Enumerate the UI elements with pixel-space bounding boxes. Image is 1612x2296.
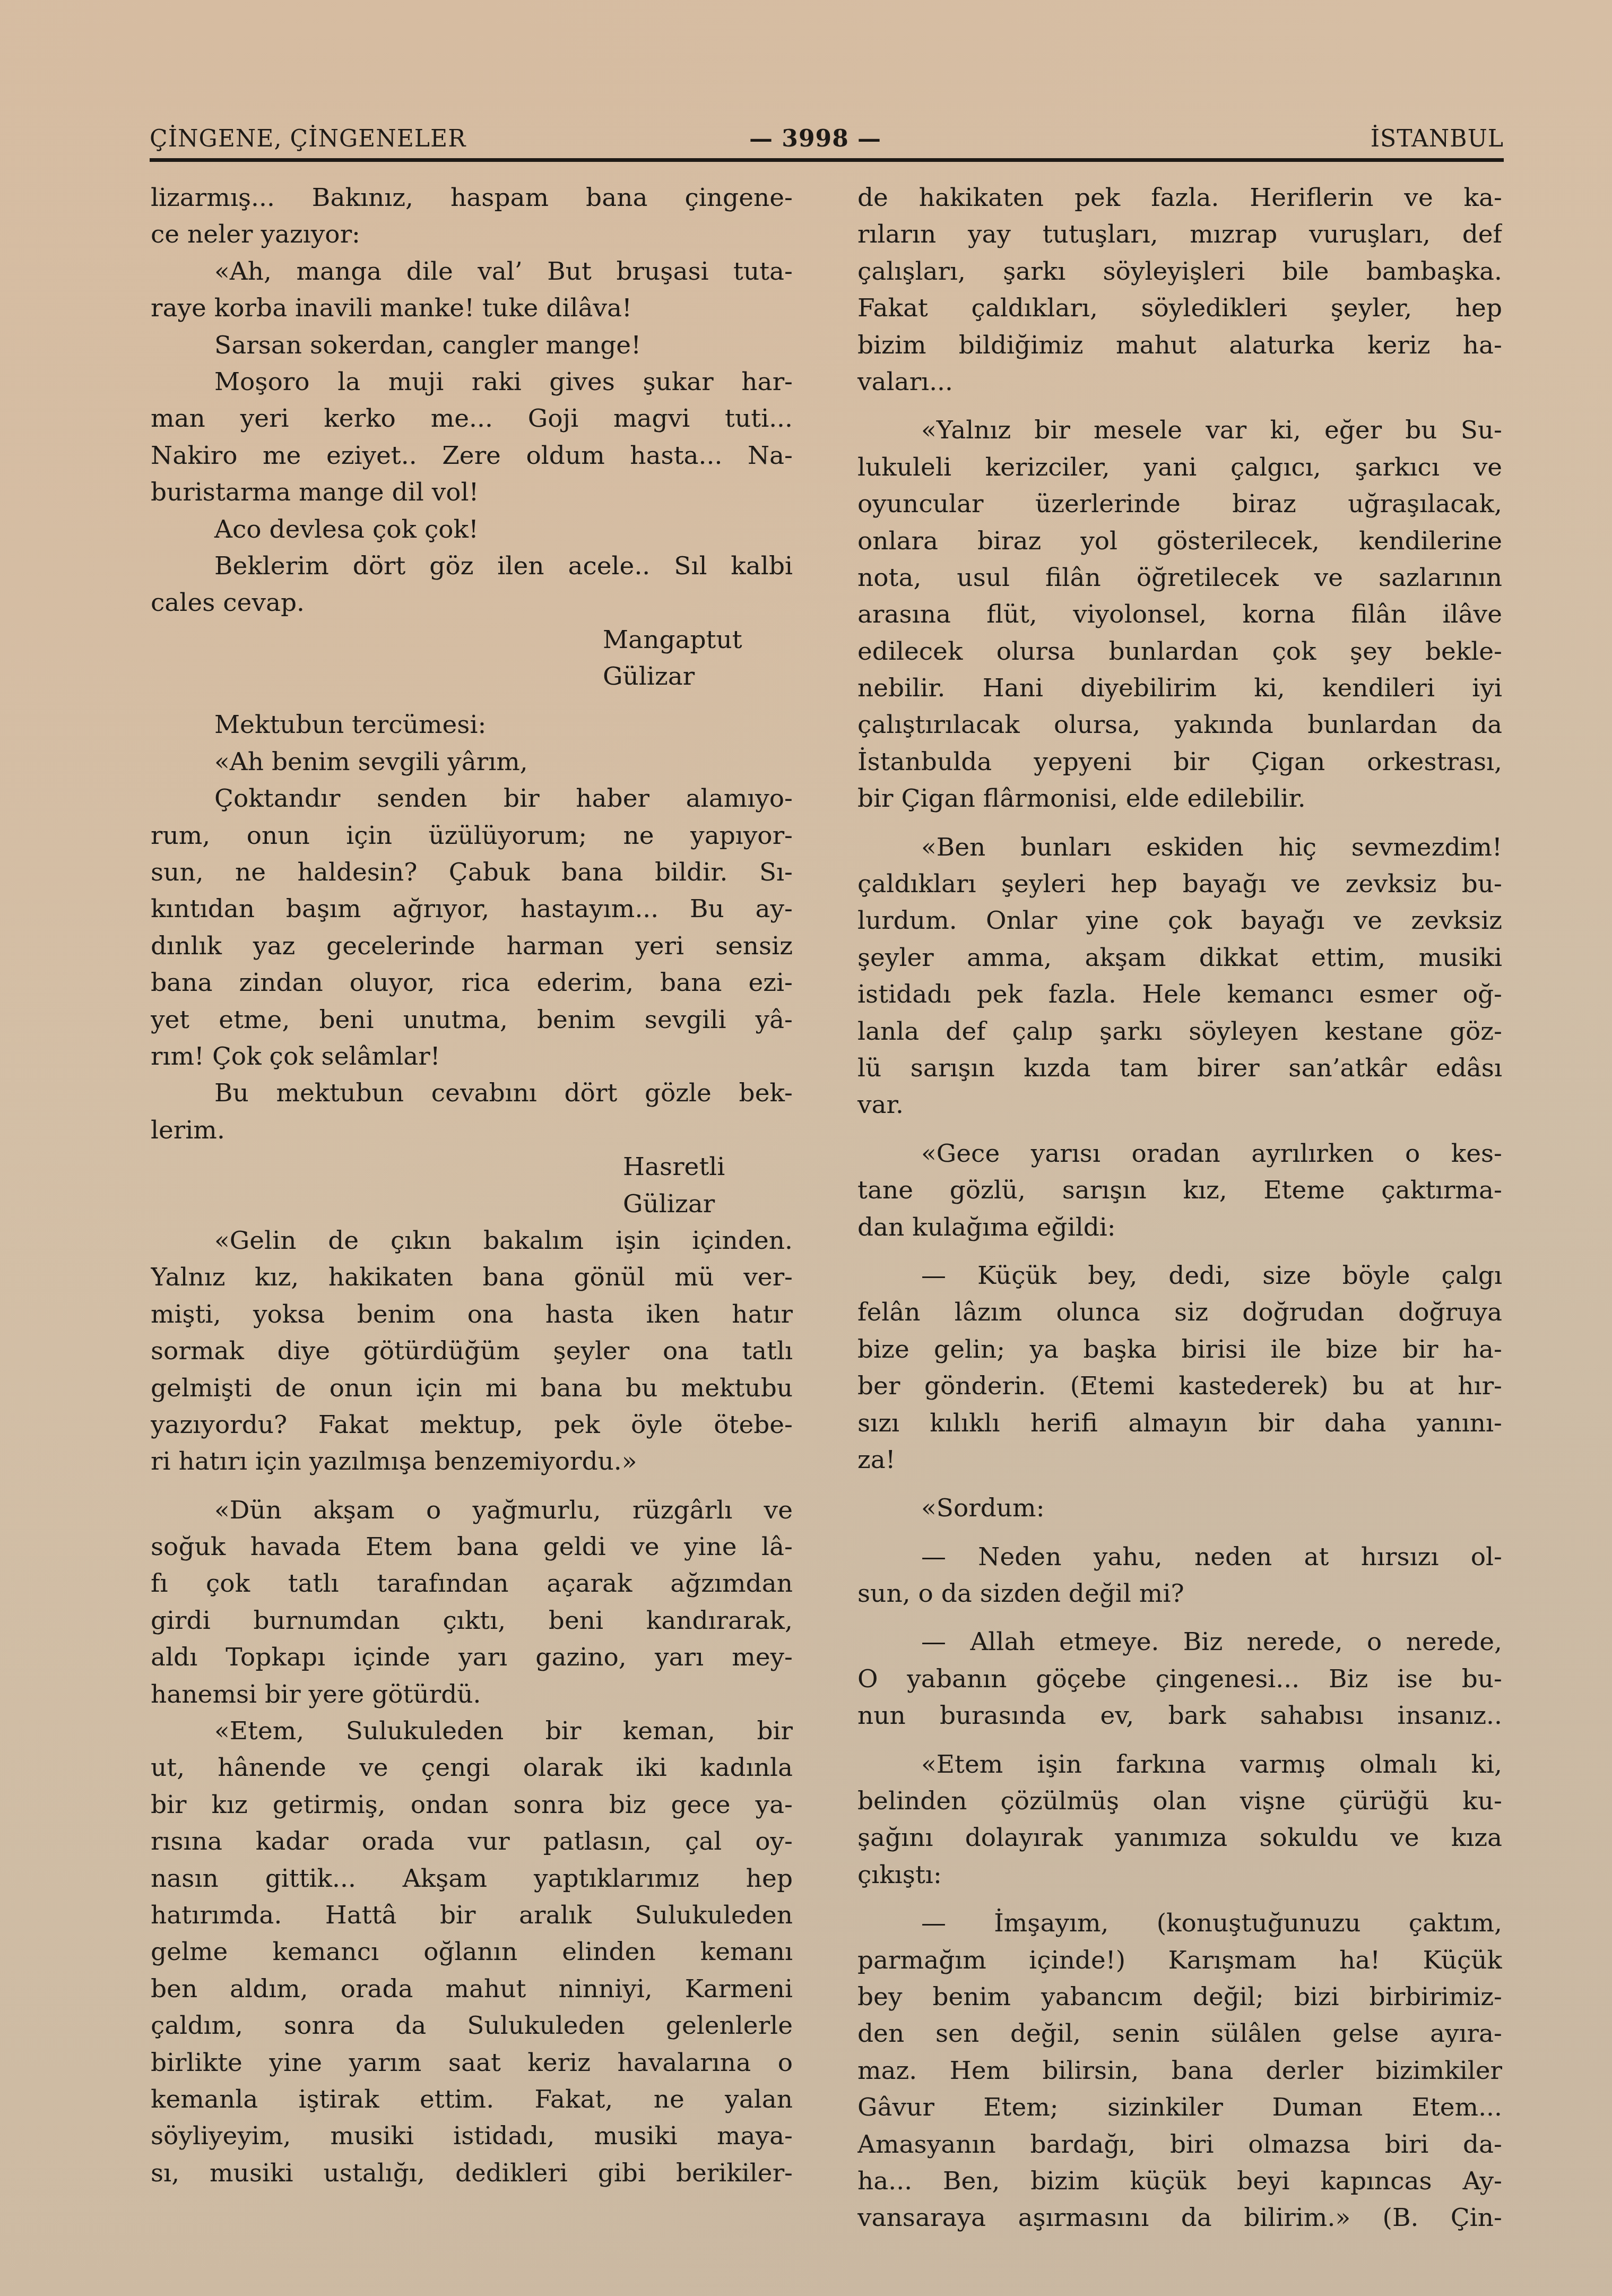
text-line: sun, o da sizden değil mi?	[857, 1575, 1502, 1612]
text-line: nota, usul filân öğretilecek ve sazların…	[857, 559, 1502, 596]
text-line: Mangaptut	[151, 622, 793, 658]
text-line: Gülizar	[151, 658, 793, 695]
text-line: yazıyordu? Fakat mektup, pek öyle ötebe-	[151, 1406, 793, 1443]
text-line: mişti, yoksa benim ona hasta iken hatır	[151, 1296, 793, 1333]
text-line: de hakikaten pek fazla. Heriflerin ve ka…	[857, 179, 1502, 216]
text-line: O yabanın göçebe çingenesi... Biz ise bu…	[857, 1661, 1502, 1697]
text-line: «Gelin de çıkın bakalım işin içinden.	[151, 1222, 793, 1259]
text-line: edilecek olursa bunlardan çok şey bekle-	[857, 633, 1502, 670]
text-line: gelme kemancı oğlanın elinden kemanı	[151, 1934, 793, 1970]
text-line: çaldıkları şeyleri hep bayağı ve zevksiz…	[857, 866, 1502, 902]
paragraph-spacing	[857, 1124, 1502, 1135]
text-line: «Ah, manga dile val’ But bruşasi tuta-	[151, 253, 793, 290]
text-line: nun burasında ev, bark sahabısı insanız.…	[857, 1697, 1502, 1734]
page-number: — 3998 —	[749, 125, 881, 152]
text-line: bey benim yabancım değil; bizi birbirimi…	[857, 1979, 1502, 2015]
text-line: kemanla iştirak ettim. Fakat, ne yalan	[151, 2081, 793, 2118]
text-line: «Yalnız bir mesele var ki, eğer bu Su-	[857, 412, 1502, 448]
text-line: cales cevap.	[151, 584, 793, 621]
paragraph-spacing	[857, 1246, 1502, 1257]
text-line: raye korba inavili manke! tuke dilâva!	[151, 290, 793, 326]
text-line: sormak diye götürdüğüm şeyler ona tatlı	[151, 1333, 793, 1369]
text-line: sun, ne haldesin? Çabuk bana bildir. Sı-	[151, 854, 793, 891]
text-line: söyliyeyim, musiki istidadı, musiki maya…	[151, 2118, 793, 2154]
text-line: kıntıdan başım ağrıyor, hastayım... Bu a…	[151, 891, 793, 927]
paragraph-spacing	[857, 400, 1502, 412]
text-line: ben aldım, orada mahut ninniyi, Karmeni	[151, 1971, 793, 2007]
text-line: lü sarışın kızda tam birer san’atkâr edâ…	[857, 1050, 1502, 1086]
text-line: çalıştırılacak olursa, yakında bunlardan…	[857, 706, 1502, 743]
text-line: ce neler yazıyor:	[151, 216, 793, 253]
text-line: rum, onun için üzülüyorum; ne yapıyor-	[151, 817, 793, 854]
text-line: lanla def çalıp şarkı söyleyen kestane g…	[857, 1013, 1502, 1050]
text-line: gelmişti de onun için mi bana bu mektubu	[151, 1370, 793, 1406]
paragraph-spacing	[857, 1612, 1502, 1624]
paragraph-spacing	[857, 1478, 1502, 1490]
text-line: bir kız getirmiş, ondan sonra biz gece y…	[151, 1786, 793, 1823]
text-line: bir Çigan flârmonisi, elde edilebilir.	[857, 780, 1502, 817]
encyclopedia-page: ÇİNGENE, ÇİNGENELER — 3998 — İSTANBUL li…	[0, 0, 1612, 2296]
text-line: parmağım içinde!) Karışmam ha! Küçük	[857, 1942, 1502, 1979]
text-line: «Etem işin farkına varmış olmalı ki,	[857, 1746, 1502, 1783]
text-line: dan kulağıma eğildi:	[857, 1209, 1502, 1246]
text-line: lukuleli kerizciler, yani çalgıcı, şarkı…	[857, 449, 1502, 486]
text-line: lerim.	[151, 1112, 793, 1149]
text-line: belinden çözülmüş olan vişne çürüğü ku-	[857, 1783, 1502, 1819]
text-line: ha... Ben, bizim küçük beyi kapıncas Ay-	[857, 2163, 1502, 2199]
text-line: Moşoro la muji raki gives şukar har-	[151, 364, 793, 400]
text-line: çalışları, şarkı söyleyişleri bile bamba…	[857, 253, 1502, 290]
text-line: rım! Çok çok selâmlar!	[151, 1038, 793, 1075]
text-line: Hasretli	[151, 1149, 793, 1185]
paragraph-spacing	[151, 695, 793, 706]
text-line: sızı kılıklı herifi almayın bir daha yan…	[857, 1405, 1502, 1442]
text-line: ut, hânende ve çengi olarak iki kadınla	[151, 1749, 793, 1786]
text-line: — Allah etmeye. Biz nerede, o nerede,	[857, 1624, 1502, 1660]
paragraph-spacing	[857, 1527, 1502, 1539]
text-line: Gülizar	[151, 1186, 793, 1222]
text-line: fı çok tatlı tarafından açarak ağzımdan	[151, 1565, 793, 1602]
text-line: — İmşayım, (konuştuğunuzu çaktım,	[857, 1905, 1502, 1941]
left-text-column: lizarmış... Bakınız, haspam bana çingene…	[151, 179, 793, 2191]
running-header: ÇİNGENE, ÇİNGENELER — 3998 — İSTANBUL	[150, 125, 1504, 157]
text-line: nebilir. Hani diyebilirim ki, kendileri …	[857, 670, 1502, 706]
text-line: «Gece yarısı oradan ayrılırken o kes-	[857, 1135, 1502, 1172]
header-entry-title: ÇİNGENE, ÇİNGENELER	[150, 125, 466, 152]
text-line: Çoktandır senden bir haber alamıyo-	[151, 780, 793, 817]
text-line: bize gelin; ya başka birisi ile bize bir…	[857, 1331, 1502, 1368]
text-line: rısına kadar orada vur patlasın, çal oy-	[151, 1823, 793, 1860]
text-line: şağını dolayırak yanımıza sokuldu ve kız…	[857, 1819, 1502, 1856]
text-line: Nakiro me eziyet.. Zere oldum hasta... N…	[151, 437, 793, 474]
text-line: lizarmış... Bakınız, haspam bana çingene…	[151, 179, 793, 216]
paragraph-spacing	[151, 1480, 793, 1492]
text-line: Bu mektubun cevabını dört gözle bek-	[151, 1075, 793, 1111]
text-line: arasına flüt, viyolonsel, korna filân il…	[857, 596, 1502, 633]
text-line: yet etme, beni unutma, benim sevgili yâ-	[151, 1002, 793, 1038]
text-line: bana zindan oluyor, rica ederim, bana ez…	[151, 964, 793, 1001]
text-line: vaları...	[857, 364, 1502, 400]
text-line: oyuncular üzerlerinde biraz uğraşılacak,	[857, 486, 1502, 522]
text-line: Aco devlesa çok çok!	[151, 511, 793, 548]
text-line: dınlık yaz gecelerinde harman yeri sensi…	[151, 928, 793, 964]
text-line: çaldım, sonra da Sulukuleden gelenlerle	[151, 2007, 793, 2044]
text-line: onlara biraz yol gösterilecek, kendileri…	[857, 523, 1502, 559]
text-line: Sarsan sokerdan, cangler mange!	[151, 327, 793, 364]
text-line: hanemsi bir yere götürdü.	[151, 1676, 793, 1713]
paragraph-spacing	[857, 1893, 1502, 1905]
text-line: tane gözlü, sarışın kız, Eteme çaktırma-	[857, 1172, 1502, 1209]
text-line: den sen değil, senin sülâlen gelse ayıra…	[857, 2015, 1502, 2052]
text-line: «Ah benim sevgili yârım,	[151, 744, 793, 780]
text-line: felân lâzım olunca siz doğrudan doğruya	[857, 1294, 1502, 1331]
text-line: Gâvur Etem; sizinkiler Duman Etem...	[857, 2089, 1502, 2126]
header-rule	[150, 158, 1504, 162]
text-line: «Ben bunları eskiden hiç sevmezdim!	[857, 829, 1502, 866]
text-line: Mektubun tercümesi:	[151, 706, 793, 743]
text-line: istidadı pek fazla. Hele kemancı esmer o…	[857, 976, 1502, 1013]
text-line: buristarma mange dil vol!	[151, 474, 793, 511]
text-line: bizim bildiğimiz mahut alaturka keriz ha…	[857, 327, 1502, 364]
text-line: soğuk havada Etem bana geldi ve yine lâ-	[151, 1529, 793, 1565]
text-line: ri hatırı için yazılmışa benzemiyordu.»	[151, 1443, 793, 1480]
text-line: — Neden yahu, neden at hırsızı ol-	[857, 1539, 1502, 1575]
text-line: var.	[857, 1086, 1502, 1123]
text-line: hatırımda. Hattâ bir aralık Sulukuleden	[151, 1897, 793, 1934]
text-line: maz. Hem bilirsin, bana derler bizimkile…	[857, 2052, 1502, 2089]
text-line: «Etem, Sulukuleden bir keman, bir	[151, 1713, 793, 1749]
text-line: nasın gittik... Akşam yaptıklarımız hep	[151, 1860, 793, 1897]
text-line: Fakat çaldıkları, söyledikleri şeyler, h…	[857, 290, 1502, 326]
text-line: Yalnız kız, hakikaten bana gönül mü ver-	[151, 1259, 793, 1296]
text-line: İstanbulda yepyeni bir Çigan orkestrası,	[857, 744, 1502, 780]
text-line: rıların yay tutuşları, mızrap vuruşları,…	[857, 216, 1502, 253]
text-line: — Küçük bey, dedi, size böyle çalgı	[857, 1257, 1502, 1294]
text-line: şeyler amma, akşam dikkat ettim, musiki	[857, 939, 1502, 976]
paragraph-spacing	[857, 1734, 1502, 1746]
text-line: «Dün akşam o yağmurlu, rüzgârlı ve	[151, 1492, 793, 1529]
text-line: çıkıştı:	[857, 1857, 1502, 1893]
text-line: girdi burnumdan çıktı, beni kandırarak,	[151, 1602, 793, 1639]
text-line: Beklerim dört göz ilen acele.. Sıl kalbi	[151, 548, 793, 584]
paragraph-spacing	[857, 817, 1502, 829]
text-line: ber gönderin. (Etemi kastederek) bu at h…	[857, 1368, 1502, 1404]
right-text-column: de hakikaten pek fazla. Heriflerin ve ka…	[857, 179, 1502, 2237]
text-line: Amasyanın bardağı, biri olmazsa biri da-	[857, 2126, 1502, 2163]
text-line: lurdum. Onlar yine çok bayağı ve zevksiz	[857, 902, 1502, 939]
header-publication-title: İSTANBUL	[1371, 125, 1504, 152]
text-line: vansaraya aşırmasını da bilirim.» (B. Çi…	[857, 2199, 1502, 2236]
text-line: sı, musiki ustalığı, dedikleri gibi beri…	[151, 2155, 793, 2191]
text-line: birlikte yine yarım saat keriz havaların…	[151, 2044, 793, 2081]
text-line: «Sordum:	[857, 1490, 1502, 1526]
text-line: man yeri kerko me... Goji magvi tuti...	[151, 400, 793, 437]
text-line: aldı Topkapı içinde yarı gazino, yarı me…	[151, 1639, 793, 1676]
text-line: za!	[857, 1442, 1502, 1478]
